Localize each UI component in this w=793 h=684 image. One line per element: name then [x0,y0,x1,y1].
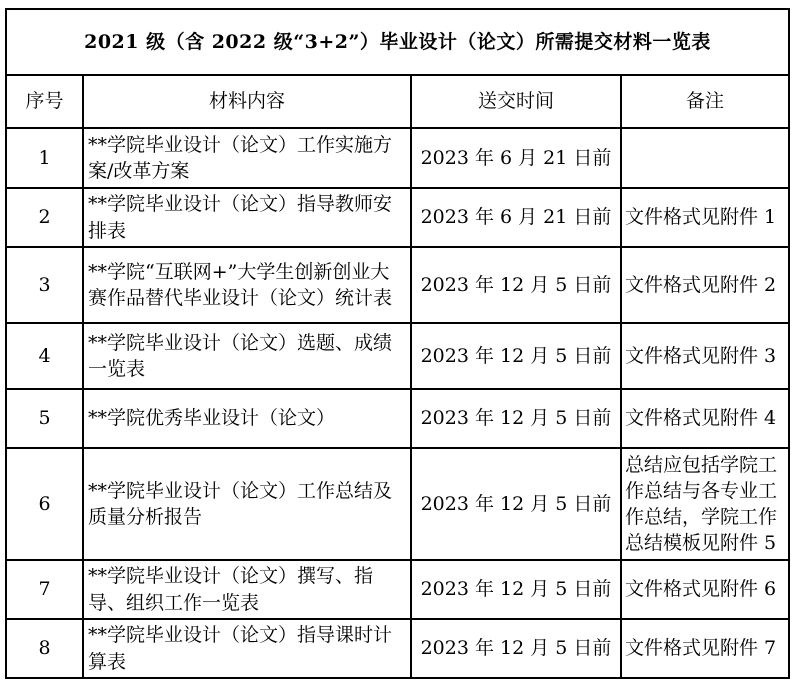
row-number-cell: 7 [6,560,83,619]
remark-cell: 文件格式见附件 4 [621,389,789,448]
material-content-cell: **学院优秀毕业设计（论文） [83,389,411,448]
column-header-time: 送交时间 [411,75,621,128]
table-row: 3 **学院“互联网+”大学生创新创业大赛作品替代毕业设计（论文）统计表 202… [6,247,789,323]
table-row: 6 **学院毕业设计（论文）工作总结及质量分析报告 2023 年 12 月 5 … [6,448,789,560]
remark-cell [621,128,789,188]
table-header-row: 序号 材料内容 送交时间 备注 [6,75,789,128]
table-row: 7 **学院毕业设计（论文）撰写、指导、组织工作一览表 2023 年 12 月 … [6,560,789,619]
submission-time-cell: 2023 年 12 月 5 日前 [411,323,621,389]
table-row: 5 **学院优秀毕业设计（论文） 2023 年 12 月 5 日前 文件格式见附… [6,389,789,448]
material-content-cell: **学院毕业设计（论文）指导课时计算表 [83,619,411,678]
remark-cell: 文件格式见附件 7 [621,619,789,678]
material-content-cell: **学院毕业设计（论文）工作实施方案/改革方案 [83,128,411,188]
row-number-cell: 6 [6,448,83,560]
remark-cell: 文件格式见附件 1 [621,188,789,247]
table-title-row: 2021 级（含 2022 级“3+2”）毕业设计（论文）所需提交材料一览表 [6,9,789,75]
material-content-cell: **学院毕业设计（论文）指导教师安排表 [83,188,411,247]
column-header-no: 序号 [6,75,83,128]
submission-time-cell: 2023 年 12 月 5 日前 [411,389,621,448]
submission-time-cell: 2023 年 6 月 21 日前 [411,128,621,188]
table-title: 2021 级（含 2022 级“3+2”）毕业设计（论文）所需提交材料一览表 [6,9,789,75]
submission-time-cell: 2023 年 12 月 5 日前 [411,560,621,619]
submission-time-cell: 2023 年 12 月 5 日前 [411,247,621,323]
table-row: 4 **学院毕业设计（论文）选题、成绩一览表 2023 年 12 月 5 日前 … [6,323,789,389]
submission-time-cell: 2023 年 12 月 5 日前 [411,619,621,678]
submission-time-cell: 2023 年 6 月 21 日前 [411,188,621,247]
column-header-content: 材料内容 [83,75,411,128]
material-content-cell: **学院毕业设计（论文）工作总结及质量分析报告 [83,448,411,560]
row-number-cell: 1 [6,128,83,188]
row-number-cell: 3 [6,247,83,323]
row-number-cell: 2 [6,188,83,247]
table-row: 1 **学院毕业设计（论文）工作实施方案/改革方案 2023 年 6 月 21 … [6,128,789,188]
remark-cell: 文件格式见附件 2 [621,247,789,323]
table-row: 2 **学院毕业设计（论文）指导教师安排表 2023 年 6 月 21 日前 文… [6,188,789,247]
remark-cell: 文件格式见附件 3 [621,323,789,389]
material-content-cell: **学院毕业设计（论文）选题、成绩一览表 [83,323,411,389]
table-body: 1 **学院毕业设计（论文）工作实施方案/改革方案 2023 年 6 月 21 … [6,128,789,678]
row-number-cell: 8 [6,619,83,678]
remark-cell: 总结应包括学院工作总结与各专业工作总结，学院工作总结模板见附件 5 [621,448,789,560]
document-page: 2021 级（含 2022 级“3+2”）毕业设计（论文）所需提交材料一览表 序… [0,8,793,684]
table-row: 8 **学院毕业设计（论文）指导课时计算表 2023 年 12 月 5 日前 文… [6,619,789,678]
remark-cell: 文件格式见附件 6 [621,560,789,619]
materials-table: 2021 级（含 2022 级“3+2”）毕业设计（论文）所需提交材料一览表 序… [5,8,790,679]
column-header-remark: 备注 [621,75,789,128]
material-content-cell: **学院毕业设计（论文）撰写、指导、组织工作一览表 [83,560,411,619]
material-content-cell: **学院“互联网+”大学生创新创业大赛作品替代毕业设计（论文）统计表 [83,247,411,323]
row-number-cell: 4 [6,323,83,389]
submission-time-cell: 2023 年 12 月 5 日前 [411,448,621,560]
row-number-cell: 5 [6,389,83,448]
